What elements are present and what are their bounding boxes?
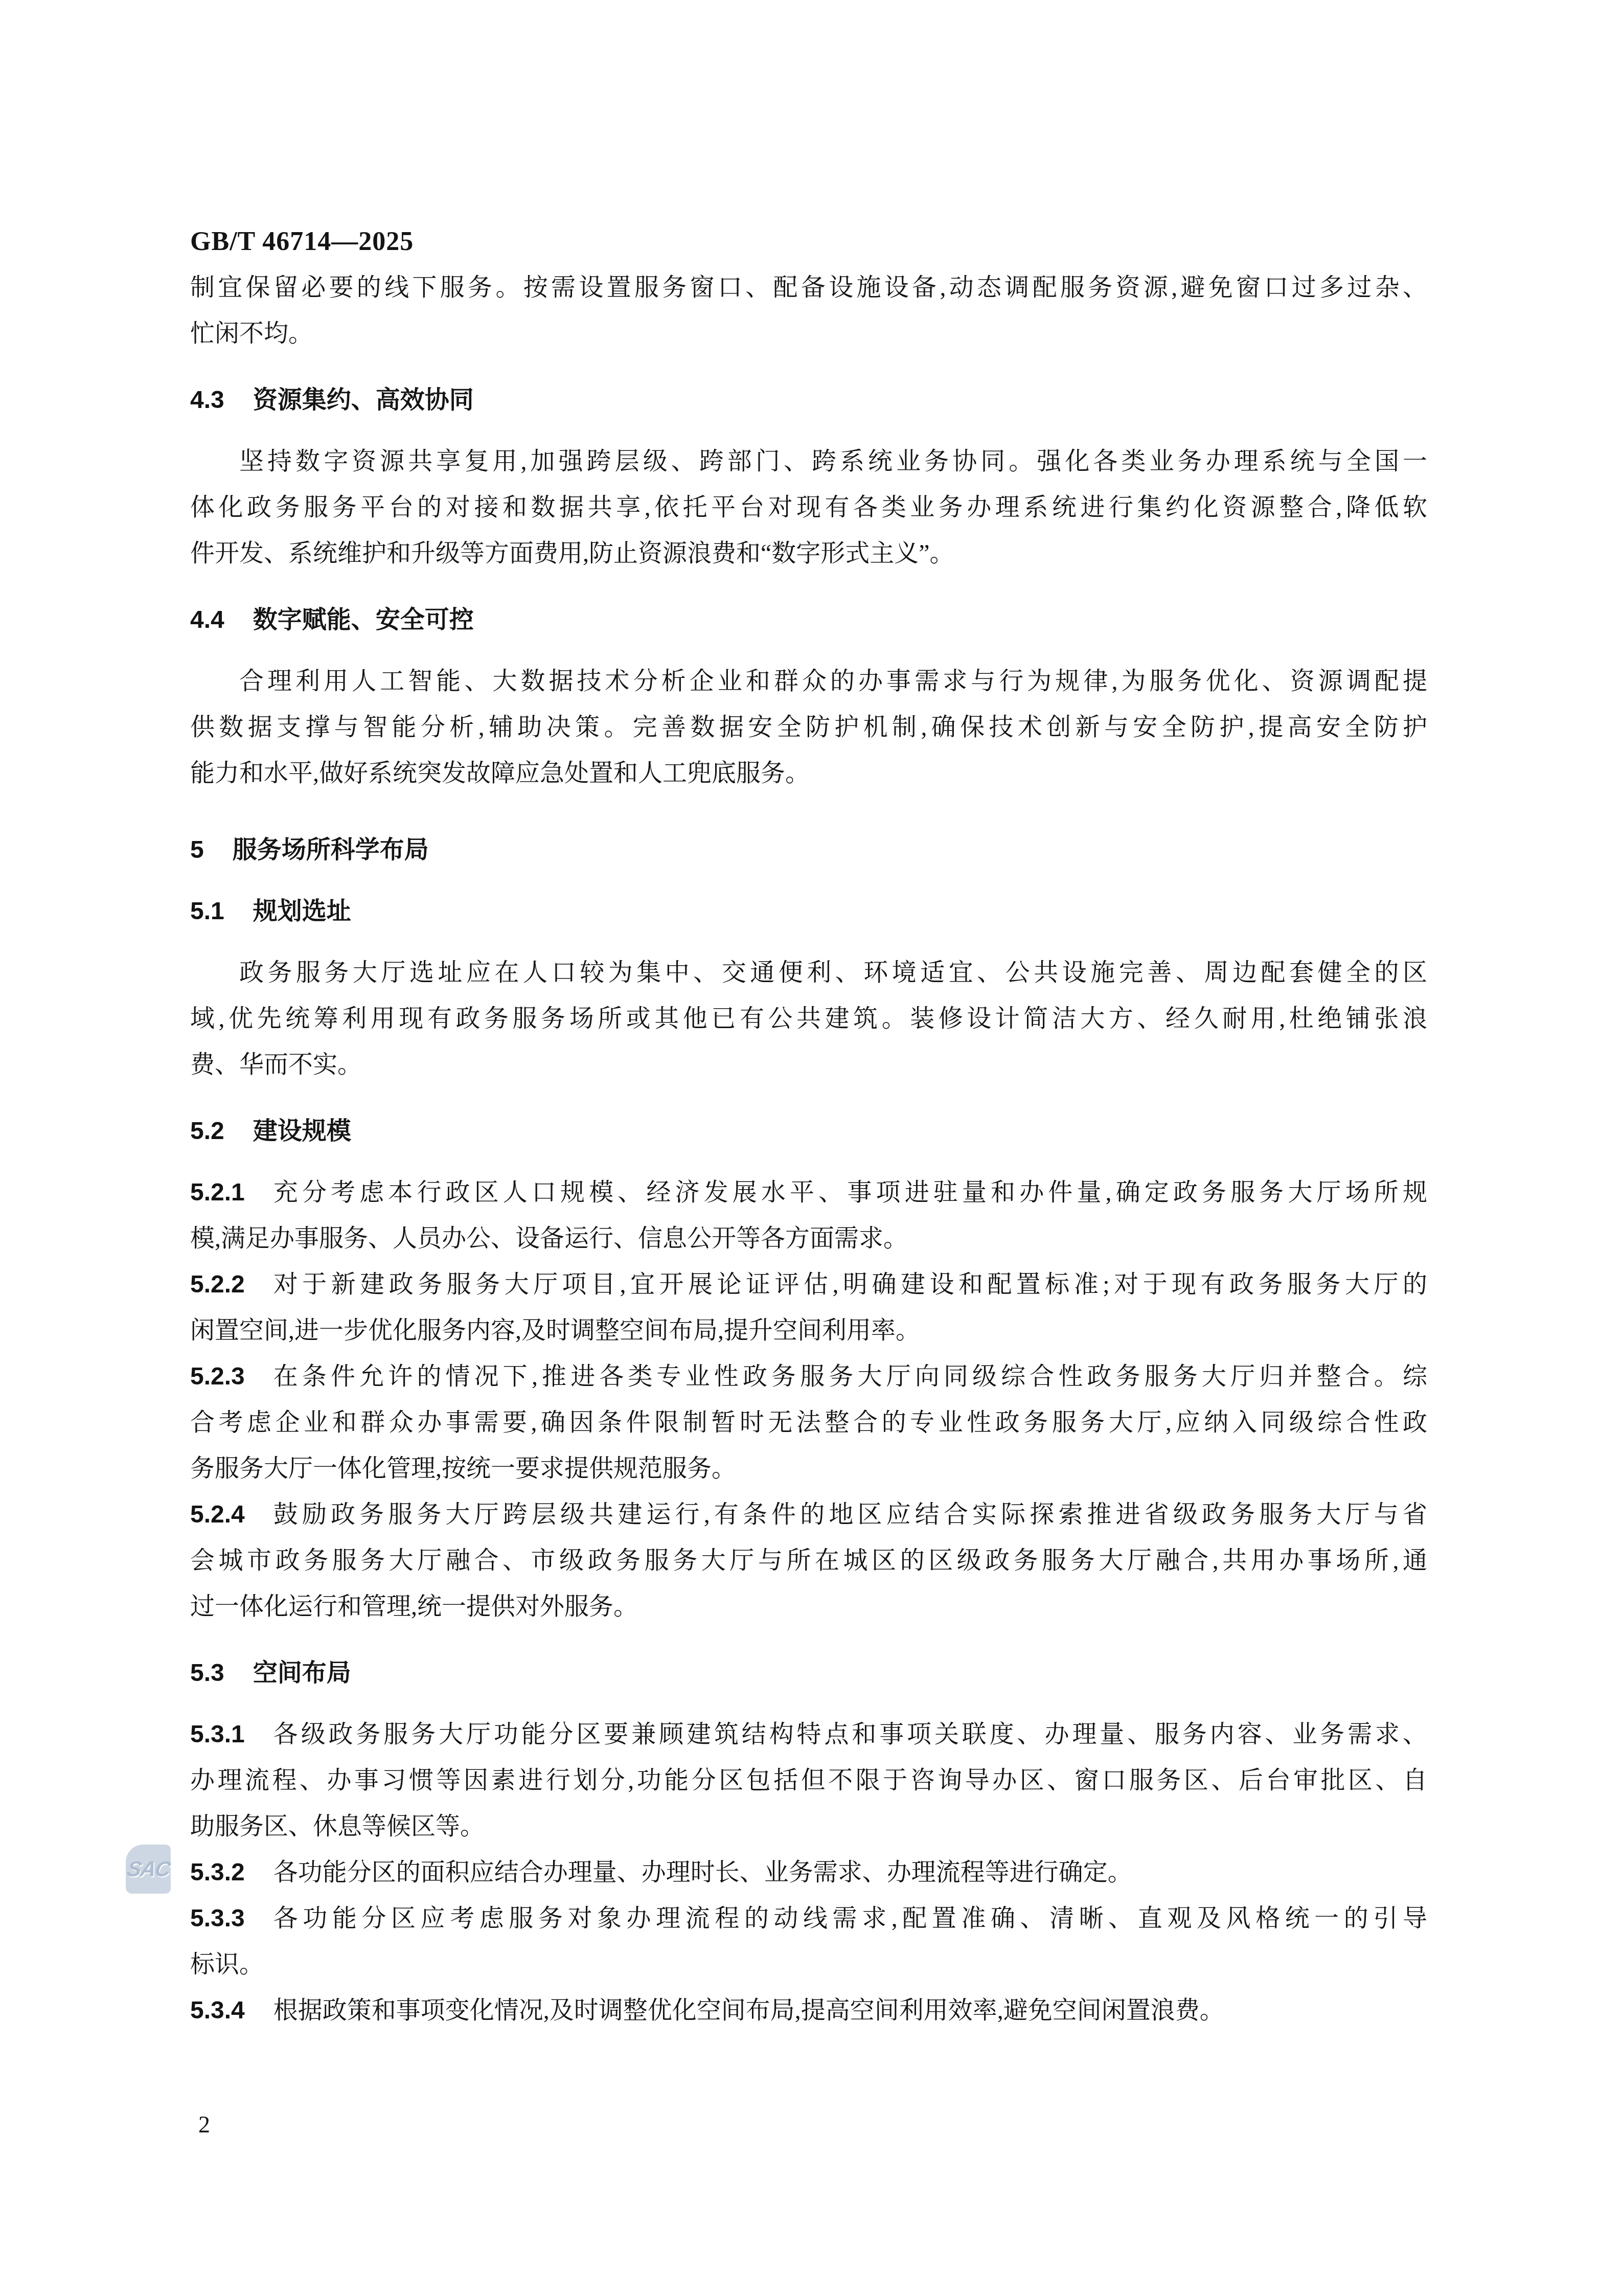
clause-number: 5.3.2	[190, 1850, 245, 1896]
heading-title: 数字赋能、安全可控	[253, 597, 474, 643]
clause-first-line: 5.2.4 鼓励政务服务大厅跨层级共建运行,有条件的地区应结合实际探索推进省级政…	[190, 1492, 1427, 1538]
text-line: 费、华而不实。	[190, 1042, 1427, 1088]
clause-number: 5.2.3	[190, 1354, 245, 1400]
section-heading-5-2: 5.2 建设规模	[190, 1108, 1427, 1154]
text-line: 制宜保留必要的线下服务。按需设置服务窗口、配备设施设备,动态调配服务资源,避免窗…	[190, 265, 1427, 311]
heading-number: 4.3	[190, 377, 224, 423]
clause-text: 充分考虑本行政区人口规模、经济发展水平、事项进驻量和办件量,确定政务服务大厅场所…	[273, 1170, 1427, 1216]
clause-text: 各功能分区应考虑服务对象办理流程的动线需求,配置准确、清晰、直观及风格统一的引导	[273, 1896, 1427, 1942]
paragraph: 合理利用人工智能、大数据技术分析企业和群众的办事需求与行为规律,为服务优化、资源…	[190, 658, 1427, 797]
text-line: 闲置空间,进一步优化服务内容,及时调整空间布局,提升空间利用率。	[190, 1308, 1427, 1354]
text-line: 合考虑企业和群众办事需要,确因条件限制暂时无法整合的专业性政务服务大厅,应纳入同…	[190, 1400, 1427, 1446]
clause-text: 在条件允许的情况下,推进各类专业性政务服务大厅向同级综合性政务服务大厅归并整合。…	[273, 1354, 1427, 1400]
text-line: 体化政务服务平台的对接和数据共享,依托平台对现有各类业务办理系统进行集约化资源整…	[190, 485, 1427, 531]
clause-text: 鼓励政务服务大厅跨层级共建运行,有条件的地区应结合实际探索推进省级政务服务大厅与…	[273, 1492, 1427, 1538]
text-line: 标识。	[190, 1942, 1427, 1988]
clause-number: 5.2.4	[190, 1492, 245, 1538]
chapter-heading-5: 5 服务场所科学布局	[190, 827, 1427, 873]
section-heading-4-4: 4.4 数字赋能、安全可控	[190, 597, 1427, 643]
clause-first-line: 5.3.3 各功能分区应考虑服务对象办理流程的动线需求,配置准确、清晰、直观及风…	[190, 1896, 1427, 1942]
text-line: 忙闲不均。	[190, 311, 1427, 357]
clause-5-3-2: 5.3.2 各功能分区的面积应结合办理量、办理时长、业务需求、办理流程等进行确定…	[190, 1850, 1427, 1896]
text-line: 务服务大厅一体化管理,按统一要求提供规范服务。	[190, 1446, 1427, 1492]
clause-first-line: 5.2.1 充分考虑本行政区人口规模、经济发展水平、事项进驻量和办件量,确定政务…	[190, 1170, 1427, 1216]
section-heading-4-3: 4.3 资源集约、高效协同	[190, 377, 1427, 423]
page-content: GB/T 46714—2025 制宜保留必要的线下服务。按需设置服务窗口、配备设…	[190, 219, 1427, 2034]
clause-text: 各功能分区的面积应结合办理量、办理时长、业务需求、办理流程等进行确定。	[273, 1850, 1427, 1896]
clause-5-2-1: 5.2.1 充分考虑本行政区人口规模、经济发展水平、事项进驻量和办件量,确定政务…	[190, 1170, 1427, 1262]
sac-watermark-label: SAC	[126, 1857, 171, 1881]
clause-5-2-2: 5.2.2 对于新建政务服务大厅项目,宜开展论证评估,明确建设和配置标准;对于现…	[190, 1262, 1427, 1354]
heading-number: 5.3	[190, 1650, 224, 1696]
clause-text: 对于新建政务服务大厅项目,宜开展论证评估,明确建设和配置标准;对于现有政务服务大…	[273, 1262, 1427, 1308]
standard-number-header: GB/T 46714—2025	[190, 219, 1427, 265]
sac-watermark-logo: SAC	[126, 1845, 171, 1894]
section-heading-5-3: 5.3 空间布局	[190, 1650, 1427, 1696]
clause-5-2-3: 5.2.3 在条件允许的情况下,推进各类专业性政务服务大厅向同级综合性政务服务大…	[190, 1354, 1427, 1492]
text-line: 件开发、系统维护和升级等方面费用,防止资源浪费和“数字形式主义”。	[190, 531, 1427, 577]
text-line: 模,满足办事服务、人员办公、设备运行、信息公开等各方面需求。	[190, 1216, 1427, 1262]
clause-first-line: 5.3.2 各功能分区的面积应结合办理量、办理时长、业务需求、办理流程等进行确定…	[190, 1850, 1427, 1896]
clause-5-3-3: 5.3.3 各功能分区应考虑服务对象办理流程的动线需求,配置准确、清晰、直观及风…	[190, 1896, 1427, 1988]
paragraph: 坚持数字资源共享复用,加强跨层级、跨部门、跨系统业务协同。强化各类业务办理系统与…	[190, 439, 1427, 577]
clause-5-3-1: 5.3.1 各级政务服务大厅功能分区要兼顾建筑结构特点和事项关联度、办理量、服务…	[190, 1712, 1427, 1850]
text-line: 助服务区、休息等候区等。	[190, 1804, 1427, 1850]
text-line: 过一体化运行和管理,统一提供对外服务。	[190, 1584, 1427, 1630]
text-line: 域,优先统筹利用现有政务服务场所或其他已有公共建筑。装修设计简洁大方、经久耐用,…	[190, 996, 1427, 1042]
heading-number: 5.2	[190, 1108, 224, 1154]
clause-first-line: 5.3.4 根据政策和事项变化情况,及时调整优化空间布局,提高空间利用效率,避免…	[190, 1988, 1427, 2034]
heading-number: 4.4	[190, 597, 224, 643]
heading-title: 规划选址	[253, 889, 351, 935]
paragraph: 政务服务大厅选址应在人口较为集中、交通便利、环境适宜、公共设施完善、周边配套健全…	[190, 950, 1427, 1088]
clause-text: 各级政务服务大厅功能分区要兼顾建筑结构特点和事项关联度、办理量、服务内容、业务需…	[273, 1712, 1427, 1758]
heading-title: 建设规模	[253, 1108, 351, 1154]
text-line: 政务服务大厅选址应在人口较为集中、交通便利、环境适宜、公共设施完善、周边配套健全…	[190, 950, 1427, 996]
section-heading-5-1: 5.1 规划选址	[190, 889, 1427, 935]
text-line: 会城市政务服务大厅融合、市级政务服务大厅与所在城区的区级政务服务大厅融合,共用办…	[190, 1538, 1427, 1584]
clause-text: 根据政策和事项变化情况,及时调整优化空间布局,提高空间利用效率,避免空间闲置浪费…	[273, 1988, 1427, 2034]
heading-title: 资源集约、高效协同	[253, 377, 474, 423]
text-line: 办理流程、办事习惯等因素进行划分,功能分区包括但不限于咨询导办区、窗口服务区、后…	[190, 1758, 1427, 1804]
clause-first-line: 5.3.1 各级政务服务大厅功能分区要兼顾建筑结构特点和事项关联度、办理量、服务…	[190, 1712, 1427, 1758]
text-line: 合理利用人工智能、大数据技术分析企业和群众的办事需求与行为规律,为服务优化、资源…	[190, 658, 1427, 704]
heading-number: 5.1	[190, 889, 224, 935]
clause-first-line: 5.2.2 对于新建政务服务大厅项目,宜开展论证评估,明确建设和配置标准;对于现…	[190, 1262, 1427, 1308]
paragraph-continuation: 制宜保留必要的线下服务。按需设置服务窗口、配备设施设备,动态调配服务资源,避免窗…	[190, 265, 1427, 357]
page-number: 2	[198, 2110, 210, 2139]
clause-5-2-4: 5.2.4 鼓励政务服务大厅跨层级共建运行,有条件的地区应结合实际探索推进省级政…	[190, 1492, 1427, 1630]
clause-5-3-4: 5.3.4 根据政策和事项变化情况,及时调整优化空间布局,提高空间利用效率,避免…	[190, 1988, 1427, 2034]
heading-title: 服务场所科学布局	[233, 827, 429, 873]
clause-number: 5.3.3	[190, 1896, 245, 1942]
heading-number: 5	[190, 827, 204, 873]
text-line: 能力和水平,做好系统突发故障应急处置和人工兜底服务。	[190, 751, 1427, 797]
clause-number: 5.2.1	[190, 1170, 245, 1216]
text-line: 坚持数字资源共享复用,加强跨层级、跨部门、跨系统业务协同。强化各类业务办理系统与…	[190, 439, 1427, 485]
clause-number: 5.3.1	[190, 1712, 245, 1758]
clause-first-line: 5.2.3 在条件允许的情况下,推进各类专业性政务服务大厅向同级综合性政务服务大…	[190, 1354, 1427, 1400]
clause-number: 5.3.4	[190, 1988, 245, 2034]
clause-number: 5.2.2	[190, 1262, 245, 1308]
heading-title: 空间布局	[253, 1650, 351, 1696]
document-page: GB/T 46714—2025 制宜保留必要的线下服务。按需设置服务窗口、配备设…	[0, 0, 1623, 2296]
text-line: 供数据支撑与智能分析,辅助决策。完善数据安全防护机制,确保技术创新与安全防护,提…	[190, 704, 1427, 751]
